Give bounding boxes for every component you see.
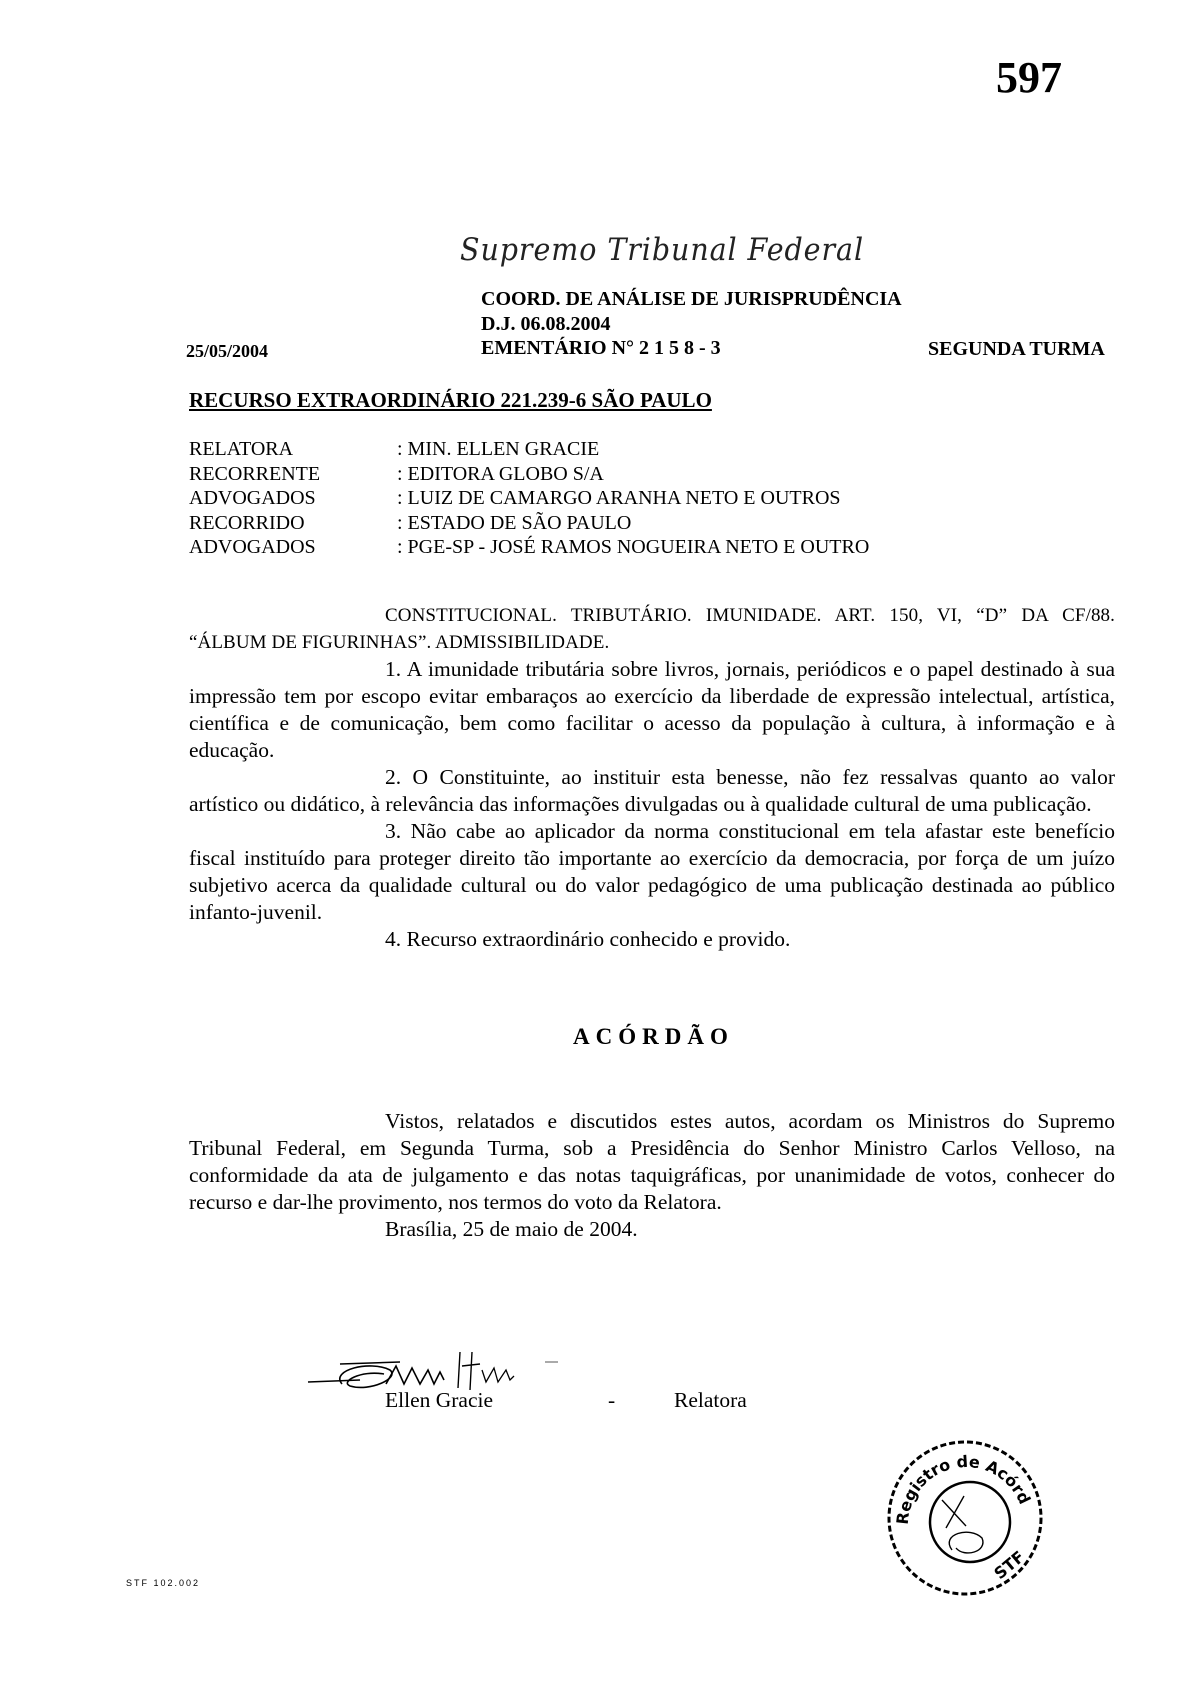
- judgment-date: 25/05/2004: [186, 341, 268, 362]
- turma-label: SEGUNDA TURMA: [928, 338, 1105, 361]
- stamp-text: Registro de Acórdãos: [880, 1430, 1034, 1525]
- form-code: STF 102.002: [126, 1578, 200, 1588]
- place-date: Brasília, 25 de maio de 2004.: [189, 1216, 1115, 1243]
- acordao-body: Vistos, relatados e discutidos estes aut…: [189, 1108, 1115, 1243]
- ementa-item: 3. Não cabe ao aplicador da norma consti…: [189, 818, 1115, 926]
- registry-stamp-icon: Registro de Acórdãos STF: [880, 1430, 1050, 1600]
- parties-table: RELATORA : MIN. ELLEN GRACIE RECORRENTE …: [189, 437, 869, 560]
- party-value: : LUIZ DE CAMARGO ARANHA NETO E OUTROS: [397, 486, 841, 511]
- party-value: : PGE-SP - JOSÉ RAMOS NOGUEIRA NETO E OU…: [397, 535, 869, 560]
- ementa-item: 1. A imunidade tributária sobre livros, …: [189, 656, 1115, 764]
- ementa-heading: CONSTITUCIONAL. TRIBUTÁRIO. IMUNIDADE. A…: [189, 602, 1115, 656]
- svg-text:Registro de Acórdãos: Registro de Acórdãos: [880, 1430, 1034, 1525]
- acordao-text: Vistos, relatados e discutidos estes aut…: [189, 1108, 1115, 1216]
- party-label: ADVOGADOS: [189, 535, 397, 560]
- party-row: RECORRIDO : ESTADO DE SÃO PAULO: [189, 511, 869, 536]
- party-label: RECORRENTE: [189, 462, 397, 487]
- party-value: : EDITORA GLOBO S/A: [397, 462, 604, 487]
- acordao-title: ACÓRDÃO: [573, 1024, 734, 1050]
- party-label: RECORRIDO: [189, 511, 397, 536]
- case-title: RECURSO EXTRAORDINÁRIO 221.239-6 SÃO PAU…: [189, 388, 712, 413]
- signer-name: Ellen Gracie: [385, 1388, 493, 1413]
- party-row: ADVOGADOS : LUIZ DE CAMARGO ARANHA NETO …: [189, 486, 869, 511]
- party-label: RELATORA: [189, 437, 397, 462]
- signer-separator: -: [608, 1388, 615, 1413]
- coord-heading: COORD. DE ANÁLISE DE JURISPRUDÊNCIA: [481, 288, 902, 311]
- institution-heading: Supremo Tribunal Federal: [460, 232, 864, 268]
- party-label: ADVOGADOS: [189, 486, 397, 511]
- ementario-number: EMENTÁRIO N° 2 1 5 8 - 3: [481, 337, 721, 360]
- dj-date: D.J. 06.08.2004: [481, 313, 610, 336]
- page-number: 597: [996, 52, 1062, 103]
- ementa: CONSTITUCIONAL. TRIBUTÁRIO. IMUNIDADE. A…: [189, 602, 1115, 953]
- party-row: RECORRENTE : EDITORA GLOBO S/A: [189, 462, 869, 487]
- ementa-item: 4. Recurso extraordinário conhecido e pr…: [189, 926, 1115, 953]
- party-value: : ESTADO DE SÃO PAULO: [397, 511, 631, 536]
- party-value: : MIN. ELLEN GRACIE: [397, 437, 599, 462]
- ementa-item: 2. O Constituinte, ao instituir esta ben…: [189, 764, 1115, 818]
- party-row: RELATORA : MIN. ELLEN GRACIE: [189, 437, 869, 462]
- signer-role: Relatora: [674, 1388, 747, 1413]
- party-row: ADVOGADOS : PGE-SP - JOSÉ RAMOS NOGUEIRA…: [189, 535, 869, 560]
